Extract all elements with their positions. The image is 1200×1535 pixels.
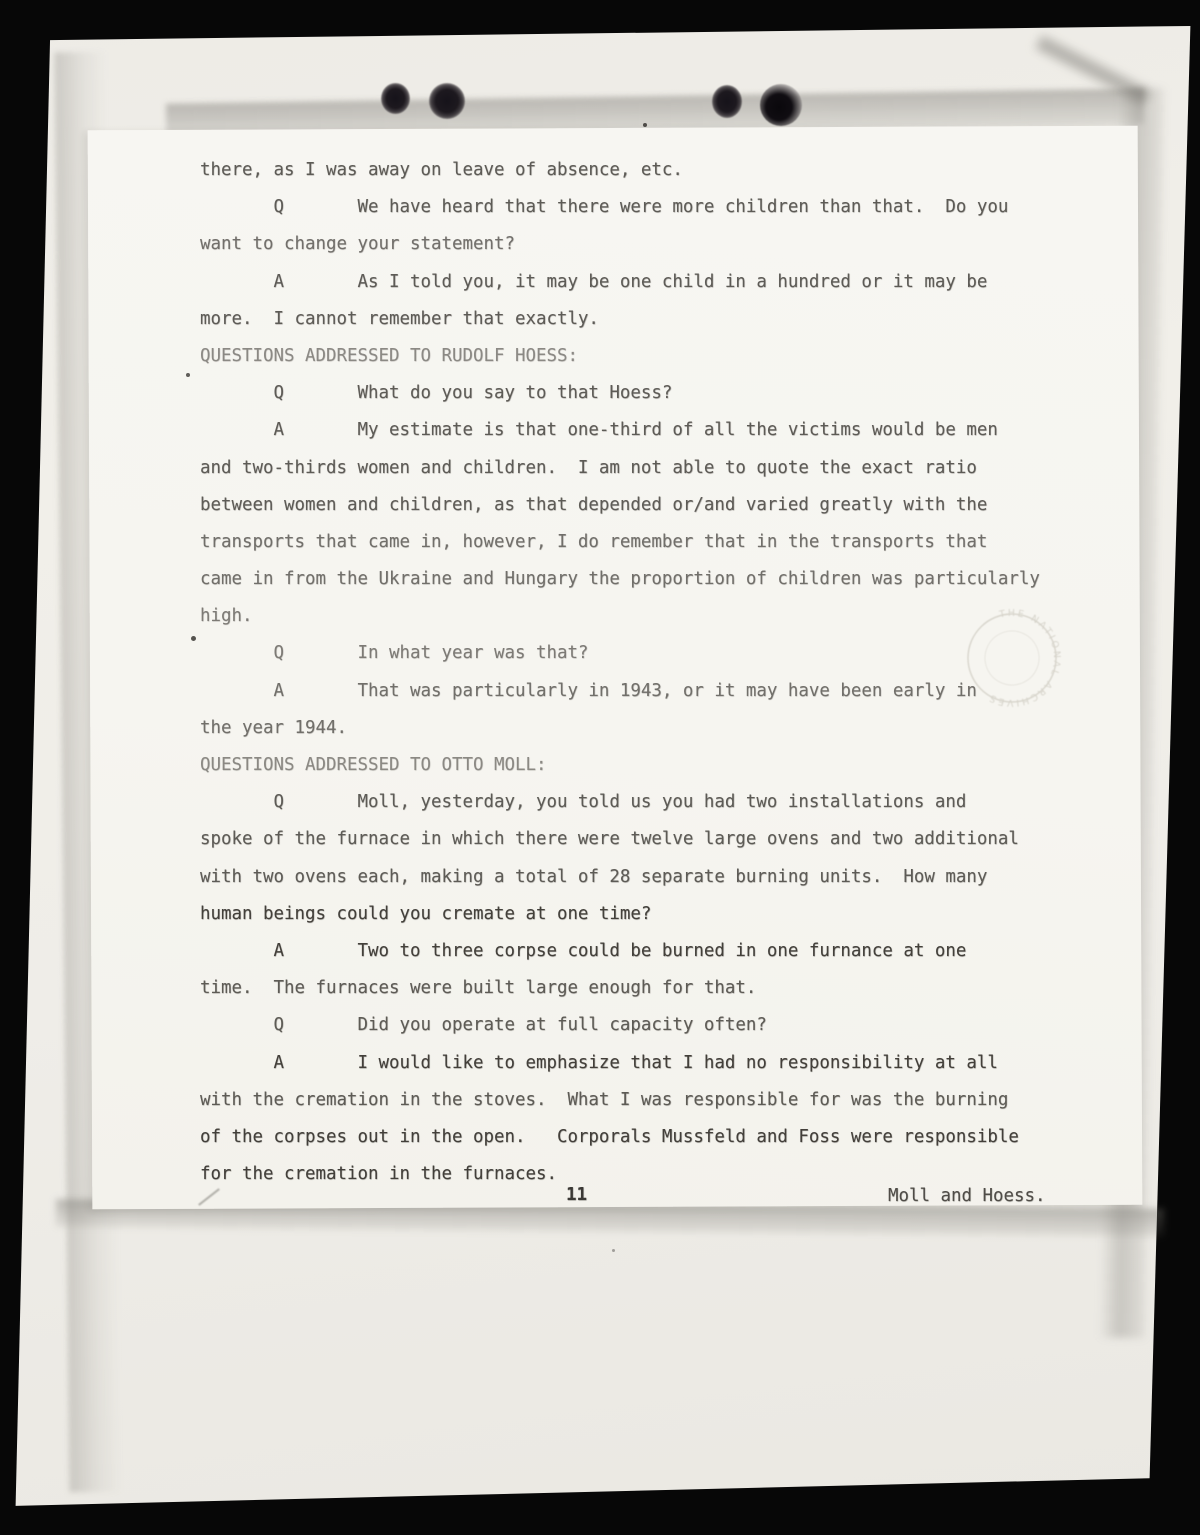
ink-speck (186, 373, 190, 377)
typed-line: A That was particularly in 1943, or it m… (200, 673, 1040, 710)
transcript-body: there, as I was away on leave of absence… (200, 152, 1040, 1193)
typed-line: A My estimate is that one-third of all t… (200, 412, 1040, 449)
scanned-document-page: THE NATIONAL ARCHIVES there, as I was aw… (0, 0, 1200, 1535)
typed-line: human beings could you cremate at one ti… (200, 896, 1040, 933)
typed-line: Q Moll, yesterday, you told us you had t… (200, 784, 1040, 821)
typed-line-section-header: QUESTIONS ADDRESSED TO OTTO MOLL: (200, 747, 1040, 784)
typed-line: of the corpses out in the open. Corporal… (200, 1119, 1040, 1156)
typed-line: came in from the Ukraine and Hungary the… (200, 561, 1040, 598)
footer-doc-label: Moll and Hoess. (888, 1186, 1045, 1206)
typed-line: Q What do you say to that Hoess? (200, 375, 1040, 412)
typed-line: spoke of the furnace in which there were… (200, 821, 1040, 858)
ink-speck (612, 1249, 615, 1252)
ink-blot (712, 85, 742, 118)
typed-line: Q Did you operate at full capacity often… (200, 1007, 1040, 1044)
typed-line: between women and children, as that depe… (200, 487, 1040, 524)
typed-line: more. I cannot remember that exactly. (200, 301, 1040, 338)
ink-blot (381, 83, 410, 114)
typed-line: A I would like to emphasize that I had n… (200, 1045, 1040, 1082)
typed-line-section-header: QUESTIONS ADDRESSED TO RUDOLF HOESS: (200, 338, 1040, 375)
typed-line: time. The furnaces were built large enou… (200, 970, 1040, 1007)
typed-line: there, as I was away on leave of absence… (200, 152, 1040, 189)
ink-blot (760, 84, 802, 126)
typed-line: with the cremation in the stoves. What I… (200, 1082, 1040, 1119)
typed-line: and two-thirds women and children. I am … (200, 450, 1040, 487)
typed-line: with two ovens each, making a total of 2… (200, 859, 1040, 896)
typed-line: A As I told you, it may be one child in … (200, 264, 1040, 301)
ink-speck (643, 123, 647, 127)
typed-line: transports that came in, however, I do r… (200, 524, 1040, 561)
typed-line: Q We have heard that there were more chi… (200, 189, 1040, 226)
typed-line: Q In what year was that? (200, 635, 1040, 672)
page-number: 11 (566, 1185, 587, 1205)
typed-line: want to change your statement? (200, 226, 1040, 263)
typed-line: the year 1944. (200, 710, 1040, 747)
typed-line: A Two to three corpse could be burned in… (200, 933, 1040, 970)
typed-line: high. (200, 598, 1040, 635)
ink-speck (191, 636, 196, 641)
